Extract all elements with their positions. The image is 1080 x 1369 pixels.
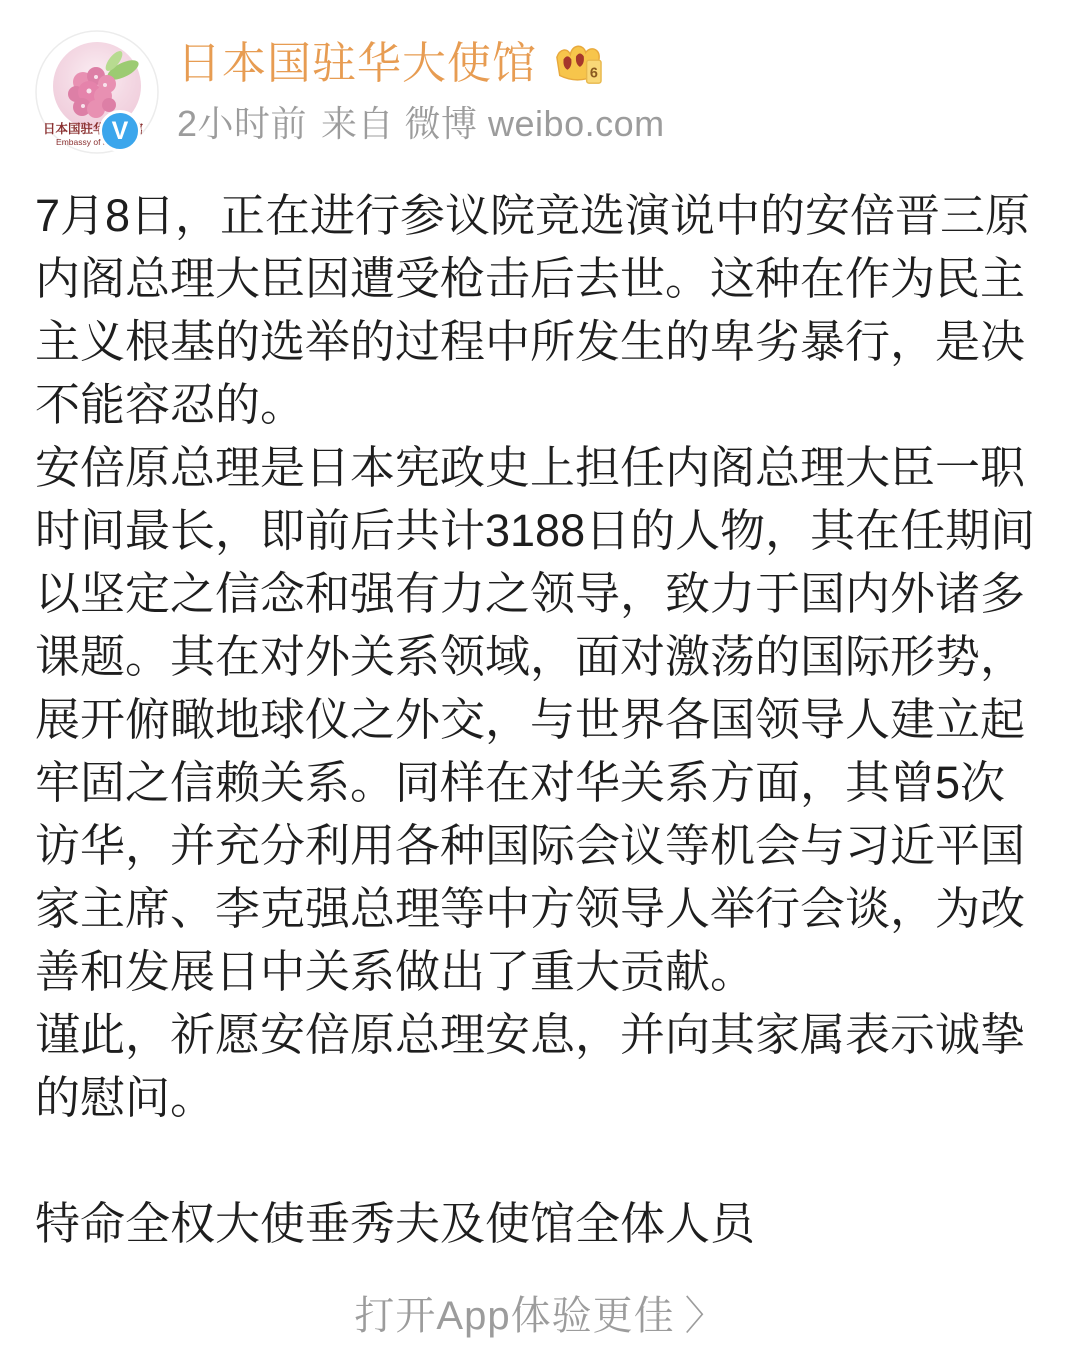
author-name[interactable]: 日本国驻华大使馆 (177, 38, 537, 90)
weibo-post-card: 日本国驻华大使馆 Embassy of Japan V 日本国驻华大使馆 6 2… (0, 0, 1080, 1369)
vip-level-number: 6 (590, 65, 598, 81)
vip-crown-icon: 6 (551, 40, 605, 88)
post-paragraph: 谨此，祈愿安倍原总理安息，并向其家属表示诚挚的慰问。 (35, 1003, 1045, 1129)
open-app-label: 打开App体验更佳 (354, 1294, 674, 1338)
post-content: 7月8日，正在进行参议院竞选演说中的安倍晋三原内阁总理大臣因遭受枪击后去世。这种… (35, 184, 1045, 1255)
post-header: 日本国驻华大使馆 Embassy of Japan V 日本国驻华大使馆 6 2… (35, 30, 1045, 160)
chevron-right-icon: 〉 (685, 1294, 726, 1338)
post-paragraph: 7月8日，正在进行参议院竞选演说中的安倍晋三原内阁总理大臣因遭受枪击后去世。这种… (35, 184, 1045, 436)
post-paragraph: 安倍原总理是日本宪政史上担任内阁总理大臣一职时间最长，即前后共计3188日的人物… (35, 436, 1045, 1003)
verified-badge-icon: V (99, 110, 141, 152)
open-app-banner[interactable]: 打开App体验更佳〉 (35, 1285, 1045, 1348)
author-row: 日本国驻华大使馆 6 (177, 38, 665, 90)
blank-line (35, 1129, 1045, 1192)
post-signature: 特命全权大使垂秀夫及使馆全体人员 (35, 1192, 1045, 1255)
header-text-column: 日本国驻华大使馆 6 2小时前 来自 微博 weibo.com (177, 30, 665, 146)
avatar[interactable]: 日本国驻华大使馆 Embassy of Japan V (35, 30, 159, 154)
post-meta: 2小时前 来自 微博 weibo.com (177, 102, 665, 146)
source-link[interactable]: 来自 微博 weibo.com (321, 102, 665, 146)
timestamp: 2小时前 (177, 102, 307, 146)
